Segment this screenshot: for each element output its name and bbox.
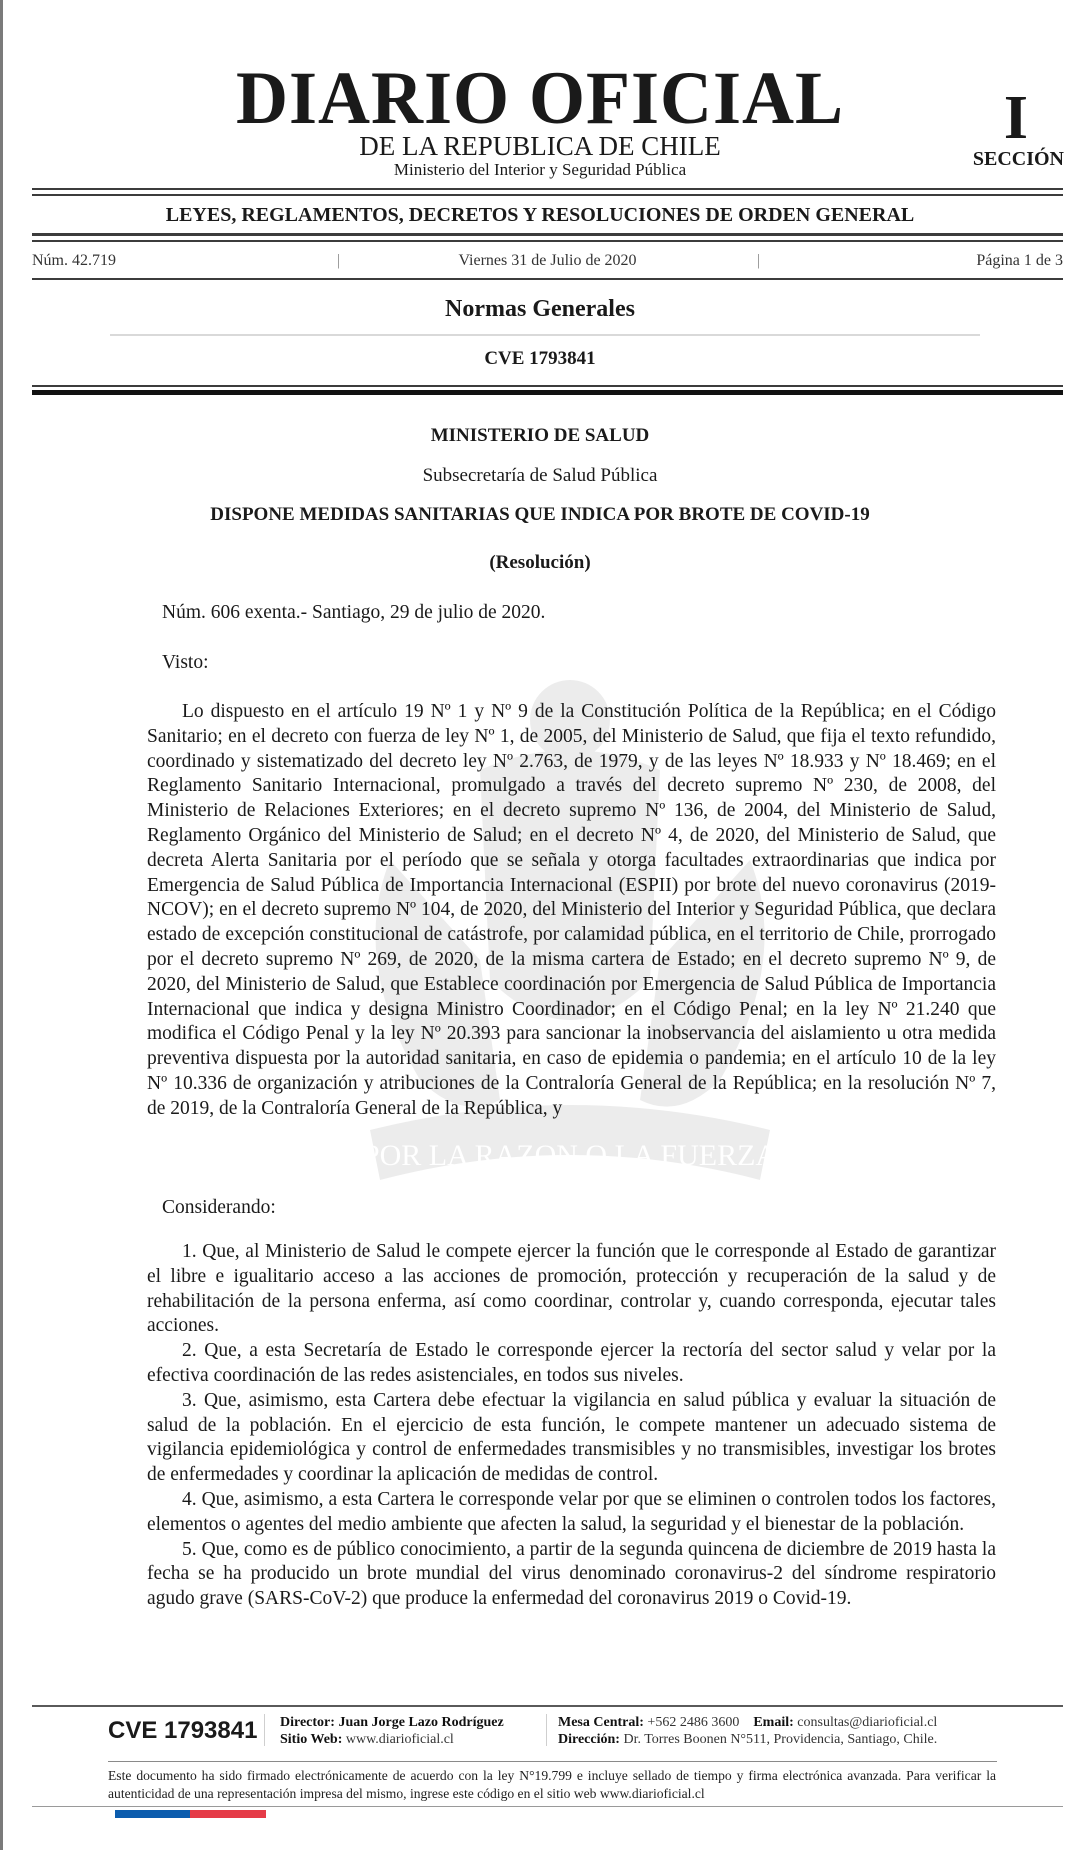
- header-rule: [32, 233, 1063, 236]
- page-indicator: Página 1 de 3: [976, 252, 1063, 270]
- cve-code: CVE 1793841: [0, 348, 1080, 370]
- header-rule-thick: [32, 390, 1063, 395]
- considerando-item: 1. Que, al Ministerio de Salud le compet…: [147, 1240, 996, 1339]
- website-label: Sitio Web:: [280, 1732, 342, 1747]
- masthead-ministry: Ministerio del Interior y Seguridad Públ…: [0, 160, 1080, 180]
- divider: [110, 334, 980, 336]
- director-label: Director:: [280, 1715, 335, 1730]
- header-rule: [32, 188, 1063, 190]
- director-name: Juan Jorge Lazo Rodríguez: [338, 1715, 503, 1730]
- footer-rule: [32, 1705, 1063, 1707]
- address-text: Dr. Torres Boonen N°511, Providencia, Sa…: [623, 1732, 937, 1747]
- considerando-item: 5. Que, como es de público conocimiento,…: [147, 1538, 996, 1612]
- considerando-item: 2. Que, a esta Secretaría de Estado le c…: [147, 1339, 996, 1389]
- issuing-ministry: MINISTERIO DE SALUD: [0, 425, 1080, 447]
- phone-label: Mesa Central:: [558, 1715, 644, 1730]
- meta-separator: |: [757, 252, 760, 270]
- email-label: Email:: [753, 1715, 793, 1730]
- visto-label: Visto:: [162, 652, 209, 674]
- footer-divider: [108, 1761, 997, 1762]
- header-rule: [32, 194, 1063, 196]
- flag-stripe-blue: [115, 1810, 190, 1818]
- website-link[interactable]: www.diarioficial.cl: [346, 1732, 454, 1747]
- subsecretariat: Subsecretaría de Salud Pública: [0, 465, 1080, 487]
- phone-number: +562 2486 3600: [647, 1715, 739, 1730]
- masthead-title: DIARIO OFICIAL: [0, 60, 1080, 136]
- legal-notice: Este documento ha sido firmado electróni…: [108, 1767, 996, 1803]
- footer-cve-code: CVE 1793841: [108, 1717, 257, 1745]
- section-label: SECCIÓN: [973, 148, 1064, 171]
- flag-stripe-red: [190, 1810, 266, 1818]
- email-link[interactable]: consultas@diarioficial.cl: [797, 1715, 937, 1730]
- considerando-list: 1. Que, al Ministerio de Salud le compet…: [147, 1240, 996, 1612]
- footer-separator: [546, 1714, 547, 1746]
- header-rule: [32, 385, 1063, 387]
- section-number: I: [1004, 88, 1028, 148]
- considerando-label: Considerando:: [162, 1197, 276, 1219]
- footer-director-block: Director: Juan Jorge Lazo Rodríguez Siti…: [280, 1714, 504, 1748]
- page-edge: [0, 0, 3, 1850]
- footer-rule: [32, 1806, 1063, 1807]
- document-title: DISPONE MEDIDAS SANITARIAS QUE INDICA PO…: [0, 504, 1080, 526]
- issue-date: Viernes 31 de Julio de 2020: [32, 252, 1063, 270]
- header-rule: [32, 278, 1063, 280]
- header-rule: [32, 240, 1063, 242]
- category-title: Normas Generales: [0, 296, 1080, 323]
- issue-meta-row: Núm. 42.719 | Viernes 31 de Julio de 202…: [32, 252, 1063, 274]
- svg-text:POR LA RAZON O LA FUERZA: POR LA RAZON O LA FUERZA: [363, 1139, 778, 1172]
- visto-section: Lo dispuesto en el artículo 19 Nº 1 y Nº…: [147, 700, 996, 1122]
- address-label: Dirección:: [558, 1732, 620, 1747]
- visto-paragraph: Lo dispuesto en el artículo 19 Nº 1 y Nº…: [147, 700, 996, 1122]
- masthead-subtitle: DE LA REPUBLICA DE CHILE: [0, 132, 1080, 160]
- document-type: (Resolución): [0, 552, 1080, 574]
- considerando-item: 4. Que, asimismo, a esta Cartera le corr…: [147, 1488, 996, 1538]
- considerando-item: 3. Que, asimismo, esta Cartera debe efec…: [147, 1389, 996, 1488]
- resolution-number: Núm. 606 exenta.- Santiago, 29 de julio …: [162, 602, 545, 624]
- footer-contact-block: Mesa Central: +562 2486 3600 Email: cons…: [558, 1714, 937, 1748]
- band-title: LEYES, REGLAMENTOS, DECRETOS Y RESOLUCIO…: [0, 204, 1080, 227]
- footer-separator: [264, 1714, 265, 1746]
